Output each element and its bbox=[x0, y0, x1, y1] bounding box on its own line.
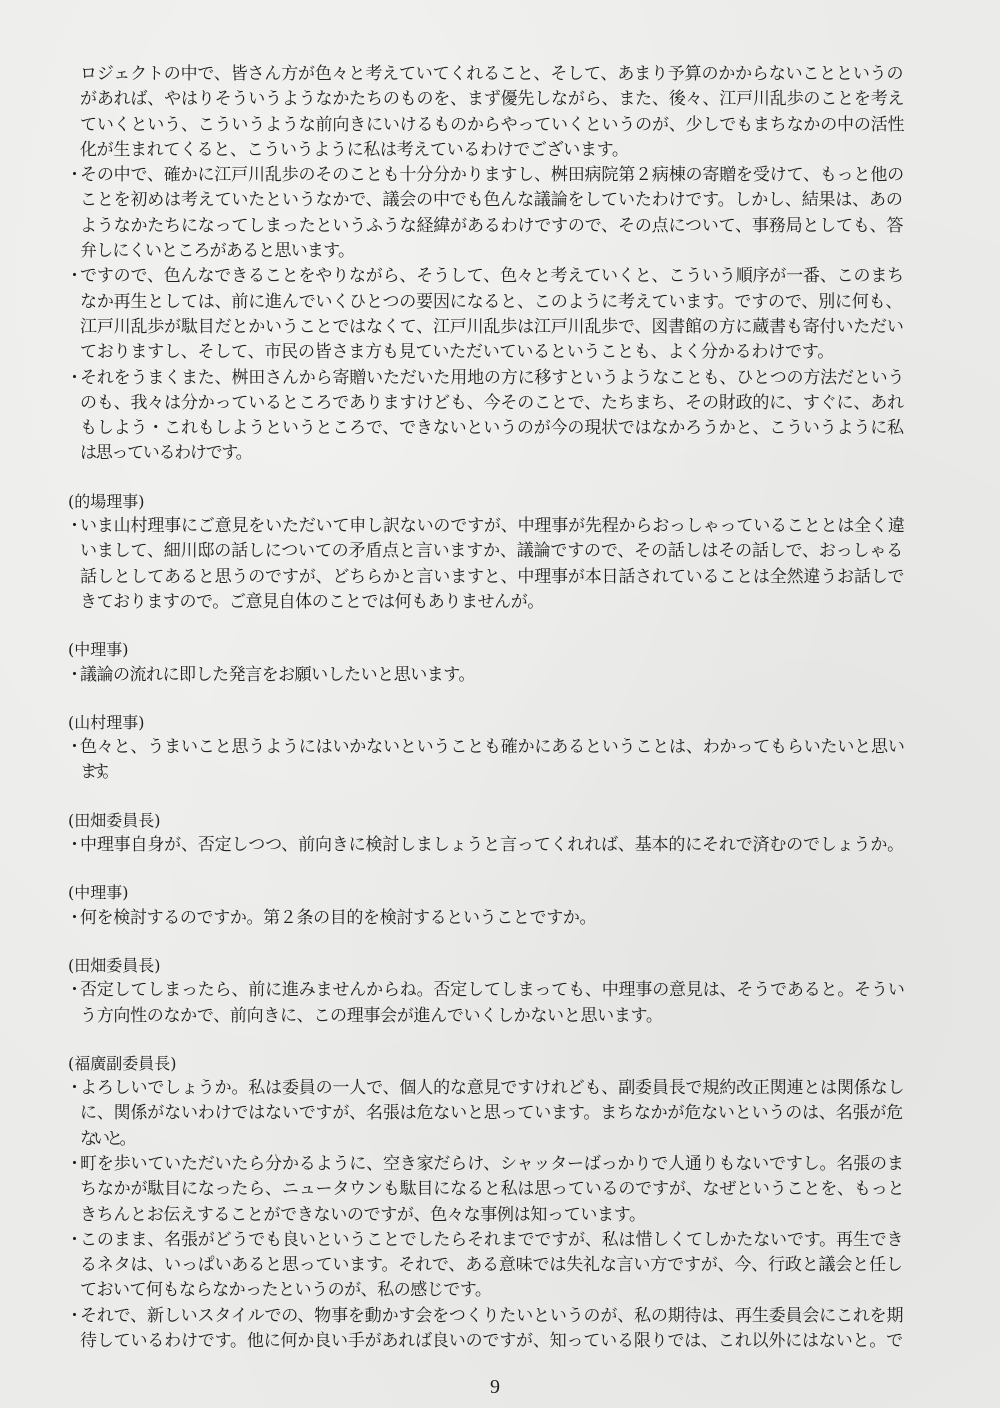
speaker-label: (福廣副委員長) bbox=[66, 1051, 928, 1076]
bullet-icon: ・ bbox=[66, 906, 80, 931]
speech-block: (中理事) ・議論の流れに即した発言をお願いしたいと思います。 bbox=[66, 637, 928, 688]
text-line: ておいて何もならなかったというのが、私の感じです。 bbox=[66, 1278, 928, 1303]
text-line: その中で、確かに江戸川乱歩のそのことも十分分かりますし、桝田病院第２病棟の寄贈を… bbox=[80, 165, 904, 185]
speaker-label: (田畑委員長) bbox=[66, 808, 928, 833]
text-line: 話しとしてあると思うのですが、どちらかと言いますと、中理事が本日話されていること… bbox=[66, 565, 928, 590]
text-line: 否定してしまったら、前に進みませんからね。否定してしまっても、中理事の意見は、そ… bbox=[80, 980, 905, 1000]
text-line: なか再生としては、前に進んでいくひとつの要因になると、このように考えています。で… bbox=[66, 290, 928, 315]
text-line: もしよう・これもしようというところで、できないというのが今の現状ではなかろうかと… bbox=[66, 416, 928, 441]
text-line: は思っているわけです。 bbox=[66, 441, 928, 466]
speech-block: ・その中で、確かに江戸川乱歩のそのことも十分分かりますし、桝田病院第２病棟の寄贈… bbox=[66, 163, 928, 467]
bullet-paragraph: ・それで、新しいスタイルでの、物事を動かす会をつくりたいというのが、私の期待は、… bbox=[66, 1304, 928, 1355]
text-line: きておりますので。ご意見自体のことでは何もありませんが。 bbox=[66, 590, 928, 615]
text-line: よろしいでしょうか。私は委員の一人で、個人的な意見ですけれども、副委員長で規約改… bbox=[80, 1078, 904, 1098]
bullet-paragraph: ・それをうまくまた、桝田さんから寄贈いただいた用地の方に移すというようなことも、… bbox=[66, 366, 928, 467]
text-line: いまして、細川邸の話しについての矛盾点と言いますか、議論ですので、その話しはその… bbox=[66, 539, 928, 564]
text-line: 化が生まれてくると、こういうように私は考えているわけでございます。 bbox=[66, 138, 928, 163]
text-line: ておりますし、そして、市民の皆さま方も見ていただいているということも、よく分かる… bbox=[66, 340, 928, 365]
text-line: きちんとお伝えすることができないのですが、色々な事例は知っています。 bbox=[66, 1203, 928, 1228]
text-line: ちなかが駄目になったら、ニュータウンも駄目になると私は思っているのですが、なぜと… bbox=[66, 1177, 928, 1202]
document-page: ロジェクトの中で、皆さん方が色々と考えていてくれること、そして、あまり予算のかか… bbox=[0, 0, 1000, 1408]
bullet-icon: ・ bbox=[66, 978, 80, 1003]
bullet-paragraph: ・いま山村理事にご意見をいただいて申し訳ないのですが、中理事が先程からおっしゃっ… bbox=[66, 514, 928, 615]
text-line: 議論の流れに即した発言をお願いしたいと思います。 bbox=[80, 665, 475, 685]
bullet-icon: ・ bbox=[66, 663, 80, 688]
bullet-paragraph: ・町を歩いていただいたら分かるように、空き家だらけ、シャッターばっかりで人通りも… bbox=[66, 1152, 928, 1228]
text-line: 町を歩いていただいたら分かるように、空き家だらけ、シャッターばっかりで人通りもな… bbox=[80, 1154, 904, 1174]
text-line: ていくという、こういうような前向きにいけるものからやっていくというのが、少しでも… bbox=[66, 113, 928, 138]
bullet-icon: ・ bbox=[66, 735, 80, 760]
bullet-icon: ・ bbox=[66, 514, 80, 539]
text-line: るネタは、いっぱいあると思っています。それで、ある意味では失礼な言い方ですが、今… bbox=[66, 1253, 928, 1278]
text-line: に、関係がないわけではないですが、名張は危ないと思っています。まちなかが危ないと… bbox=[66, 1101, 928, 1126]
text-line: 色々と、うまいこと思うようにはいかないということも確かにあるということは、わかっ… bbox=[80, 737, 905, 757]
bullet-paragraph: ・何を検討するのですか。第２条の目的を検討するということですか。 bbox=[66, 906, 928, 931]
text-line: それをうまくまた、桝田さんから寄贈いただいた用地の方に移すというようなことも、ひ… bbox=[80, 368, 904, 388]
lead-paragraph: ロジェクトの中で、皆さん方が色々と考えていてくれること、そして、あまり予算のかか… bbox=[66, 62, 928, 163]
text-line: ようなかたちになってしまったというふうな経緯があるわけですので、その点について、… bbox=[66, 214, 928, 239]
bullet-icon: ・ bbox=[66, 1304, 80, 1329]
text-line: があれば、やはりそういうようなかたちのものを、まず優先しながら、また、後々、江戸… bbox=[66, 87, 928, 112]
page-number: 9 bbox=[490, 1376, 500, 1399]
bullet-paragraph: ・よろしいでしょうか。私は委員の一人で、個人的な意見ですけれども、副委員長で規約… bbox=[66, 1076, 928, 1152]
text-line: 待しているわけです。他に何か良い手があれば良いのですが、知っている限りでは、これ… bbox=[66, 1329, 928, 1354]
speech-block: (田畑委員長) ・中理事自身が、否定しつつ、前向きに検討しましょうと言ってくれれ… bbox=[66, 808, 928, 859]
bullet-paragraph: ・このまま、名張がどうでも良いということでしたらそれまでですが、私は惜しくてしか… bbox=[66, 1228, 928, 1304]
speech-block: (山村理事) ・色々と、うまいこと思うようにはいかないということも確かにあるとい… bbox=[66, 710, 928, 786]
speaker-label: (山村理事) bbox=[66, 710, 928, 735]
speaker-label: (的場理事) bbox=[66, 489, 928, 514]
speech-block: (田畑委員長) ・否定してしまったら、前に進みませんからね。否定してしまっても、… bbox=[66, 953, 928, 1029]
bullet-icon: ・ bbox=[66, 264, 80, 289]
text-line: このまま、名張がどうでも良いということでしたらそれまでですが、私は惜しくてしかた… bbox=[80, 1230, 903, 1250]
text-line: ですので、色んなできることをやりながら、そうして、色々と考えていくと、こういう順… bbox=[80, 266, 904, 286]
bullet-paragraph: ・その中で、確かに江戸川乱歩のそのことも十分分かりますし、桝田病院第２病棟の寄贈… bbox=[66, 163, 928, 264]
text-line: 何を検討するのですか。第２条の目的を検討するということですか。 bbox=[80, 908, 596, 928]
bullet-icon: ・ bbox=[66, 1228, 80, 1253]
speech-block: (的場理事) ・いま山村理事にご意見をいただいて申し訳ないのですが、中理事が先程… bbox=[66, 489, 928, 615]
text-line: ないと。 bbox=[66, 1127, 928, 1152]
bullet-paragraph: ・中理事自身が、否定しつつ、前向きに検討しましょうと言ってくれれば、基本的にそれ… bbox=[66, 833, 928, 858]
bullet-paragraph: ・議論の流れに即した発言をお願いしたいと思います。 bbox=[66, 663, 928, 688]
text-line: 中理事自身が、否定しつつ、前向きに検討しましょうと言ってくれれば、基本的にそれで… bbox=[80, 835, 904, 855]
text-line: ます。 bbox=[66, 760, 928, 785]
bullet-paragraph: ・ですので、色んなできることをやりながら、そうして、色々と考えていくと、こういう… bbox=[66, 264, 928, 365]
speaker-label: (田畑委員長) bbox=[66, 953, 928, 978]
bullet-paragraph: ・色々と、うまいこと思うようにはいかないということも確かにあるということは、わか… bbox=[66, 735, 928, 786]
speech-block: (中理事) ・何を検討するのですか。第２条の目的を検討するということですか。 bbox=[66, 880, 928, 931]
bullet-icon: ・ bbox=[66, 1152, 80, 1177]
speech-block: (福廣副委員長) ・よろしいでしょうか。私は委員の一人で、個人的な意見ですけれど… bbox=[66, 1051, 928, 1355]
bullet-icon: ・ bbox=[66, 833, 80, 858]
bullet-icon: ・ bbox=[66, 366, 80, 391]
text-line: それで、新しいスタイルでの、物事を動かす会をつくりたいというのが、私の期待は、再… bbox=[80, 1306, 903, 1326]
document-body: ロジェクトの中で、皆さん方が色々と考えていてくれること、そして、あまり予算のかか… bbox=[66, 62, 928, 1354]
text-line: いま山村理事にご意見をいただいて申し訳ないのですが、中理事が先程からおっしゃって… bbox=[80, 516, 905, 536]
text-line: ことを初めは考えていたというなかで、議会の中でも色んな議論をしていたわけです。し… bbox=[66, 188, 928, 213]
bullet-icon: ・ bbox=[66, 163, 80, 188]
text-line: 江戸川乱歩が駄目だとかいうことではなくて、江戸川乱歩は江戸川乱歩で、図書館の方に… bbox=[66, 315, 928, 340]
bullet-icon: ・ bbox=[66, 1076, 80, 1101]
text-line: 弁しにくいところがあると思います。 bbox=[66, 239, 928, 264]
bullet-paragraph: ・否定してしまったら、前に進みませんからね。否定してしまっても、中理事の意見は、… bbox=[66, 978, 928, 1029]
speaker-label: (中理事) bbox=[66, 637, 928, 662]
speaker-label: (中理事) bbox=[66, 880, 928, 905]
text-line: ロジェクトの中で、皆さん方が色々と考えていてくれること、そして、あまり予算のかか… bbox=[66, 62, 928, 87]
text-line: う方向性のなかで、前向きに、この理事会が進んでいくしかないと思います。 bbox=[66, 1004, 928, 1029]
text-line: のも、我々は分かっているところでありますけども、今そのことで、たちまち、その財政… bbox=[66, 391, 928, 416]
